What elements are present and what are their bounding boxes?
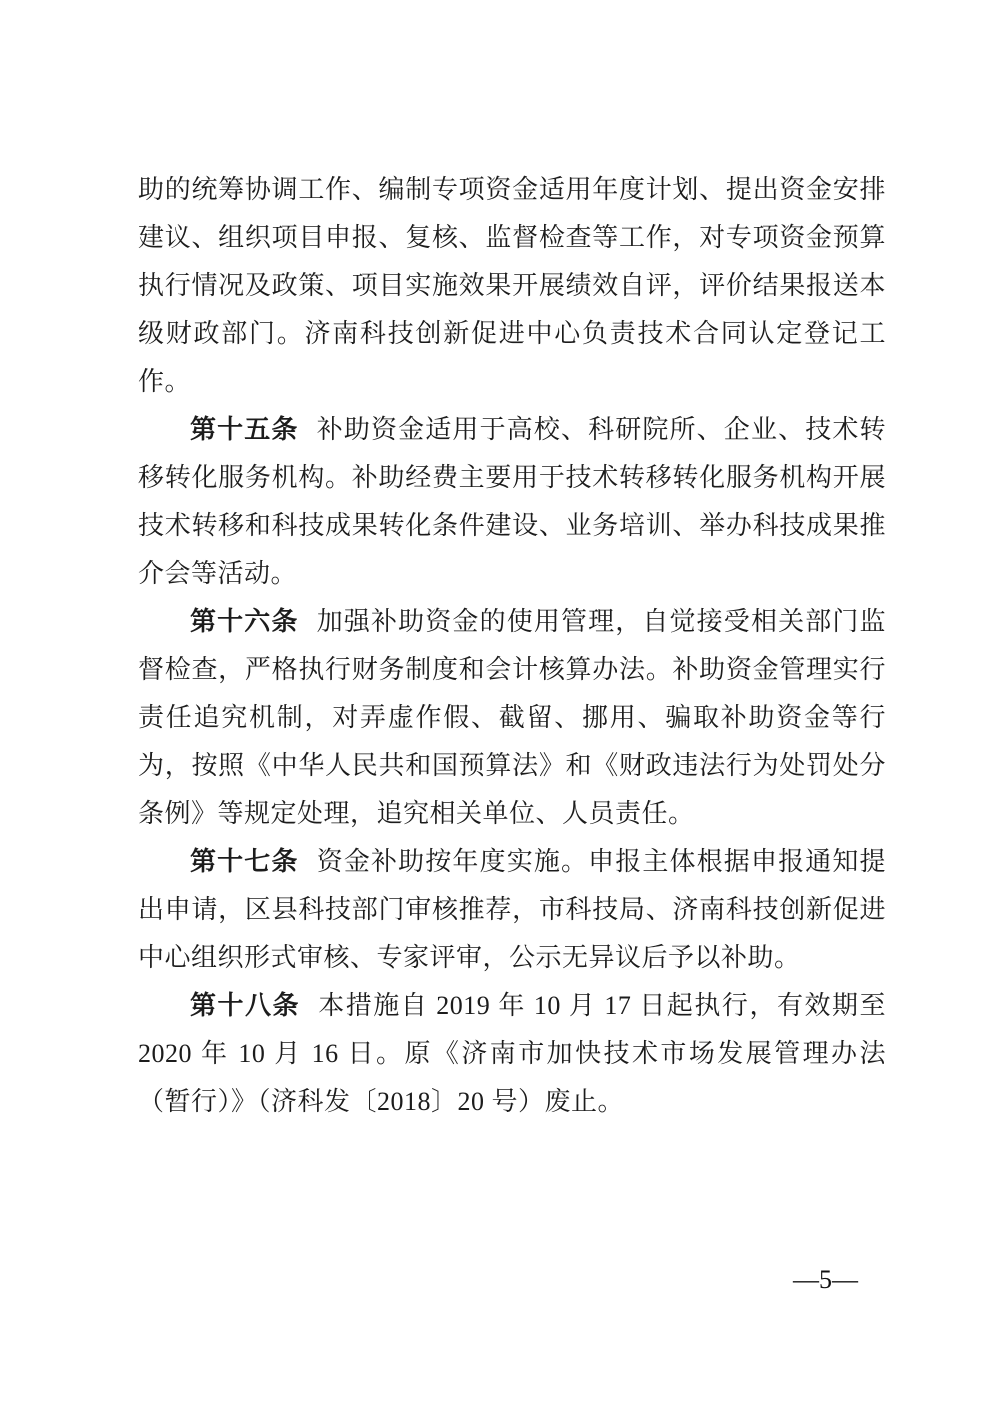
paragraph-article-16: 第十六条加强补助资金的使用管理，自觉接受相关部门监督检查，严格执行财务制度和会计… xyxy=(138,598,886,838)
article-16-text: 加强补助资金的使用管理，自觉接受相关部门监督检查，严格执行财务制度和会计核算办法… xyxy=(138,607,886,828)
paragraph-article-15: 第十五条补助资金适用于高校、科研院所、企业、技术转移转化服务机构。补助经费主要用… xyxy=(138,406,886,598)
paragraph-continuation-text: 助的统筹协调工作、编制专项资金适用年度计划、提出资金安排建议、组织项目申报、复核… xyxy=(138,175,886,396)
document-body: 助的统筹协调工作、编制专项资金适用年度计划、提出资金安排建议、组织项目申报、复核… xyxy=(138,166,886,1126)
page-number: —5— xyxy=(793,1264,858,1296)
paragraph-continuation: 助的统筹协调工作、编制专项资金适用年度计划、提出资金安排建议、组织项目申报、复核… xyxy=(138,166,886,406)
article-15-heading: 第十五条 xyxy=(190,415,299,444)
article-16-heading: 第十六条 xyxy=(190,607,299,636)
document-page: 助的统筹协调工作、编制专项资金适用年度计划、提出资金安排建议、组织项目申报、复核… xyxy=(0,0,1000,1414)
article-17-heading: 第十七条 xyxy=(190,847,299,876)
article-18-heading: 第十八条 xyxy=(190,991,300,1020)
paragraph-article-17: 第十七条资金补助按年度实施。申报主体根据申报通知提出申请，区县科技部门审核推荐，… xyxy=(138,838,886,982)
paragraph-article-18: 第十八条本措施自 2019 年 10 月 17 日起执行，有效期至 2020 年… xyxy=(138,982,886,1126)
